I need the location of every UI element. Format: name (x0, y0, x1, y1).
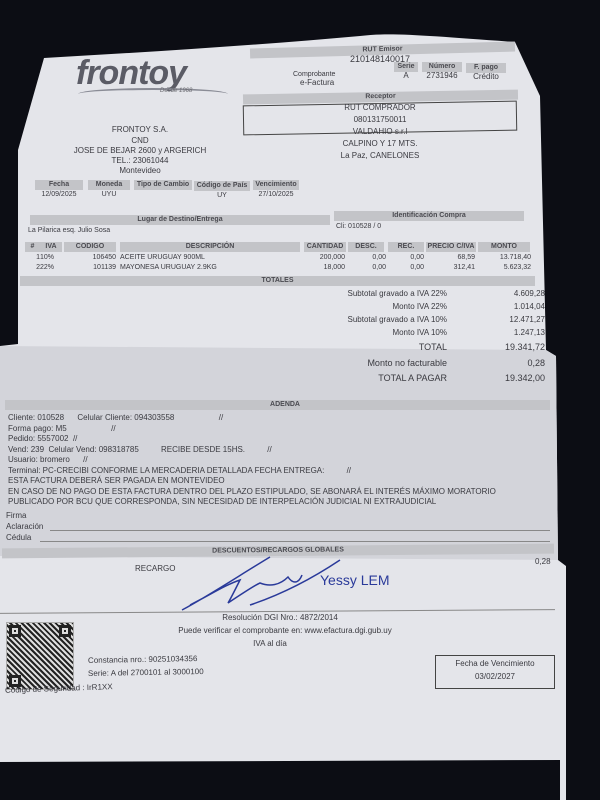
receptor-address: CALPINO Y 17 MTS. (300, 139, 460, 148)
adenda-line: Usuario: bromero // (8, 455, 88, 464)
total-label: Monto no facturable (300, 358, 447, 368)
logo-swoosh (78, 88, 228, 100)
item-cell-precio: 68,59 (425, 254, 475, 261)
adenda-line: Terminal: PC-CRECIBI CONFORME LA MERCADE… (8, 466, 351, 475)
iva-al-dia-text: IVA al día (230, 639, 310, 648)
totales-label: TOTALES (20, 276, 535, 286)
column-header: REC. (388, 242, 424, 252)
verificar-text: Puede verificar el comprobante en: www.e… (150, 626, 420, 635)
column-header: PRECIO C/IVA (426, 242, 476, 252)
receptor-name: VALDAHIO s.r.l (300, 127, 460, 136)
column-header: DESCRIPCIÓN (120, 242, 300, 252)
qr-finder (9, 625, 21, 637)
adenda-line: PUBLICADO POR BCU QUE CORRESPONDA, SIN N… (8, 497, 436, 506)
issuer-subtitle: CND (60, 136, 220, 145)
fecha-vencimiento-value: 03/02/2027 (436, 672, 554, 681)
item-cell-n: 1 (28, 254, 40, 261)
codigo-pais-label: Código de País (194, 181, 250, 191)
fecha-label: Fecha (35, 180, 83, 190)
invoice-photo: frontoy Desde 1968 FRONTOY S.A. CND JOSE… (0, 0, 600, 800)
total-value: 12.471,27 (470, 315, 545, 324)
firma-label: Firma (6, 511, 26, 520)
item-cell-n: 2 (28, 264, 40, 271)
constancia-text: Constancia nro.: 90251034356 (88, 654, 198, 665)
issuer-address: JOSE DE BEJAR 2600 y ARGERICH (50, 146, 230, 155)
item-cell-rec: 0,00 (388, 254, 424, 261)
column-header: DESC. (348, 242, 384, 252)
forma-pago-value: Crédito (466, 72, 506, 81)
column-header: IVA (40, 242, 62, 252)
total-label: Subtotal gravado a IVA 22% (300, 289, 447, 298)
total-label: Monto IVA 22% (300, 302, 447, 311)
item-cell-descripcion: ACEITE URUGUAY 900ML (120, 254, 300, 261)
adenda-line: ESTA FACTURA DEBERÁ SER PAGADA EN MONTEV… (8, 476, 225, 485)
receptor-city: La Paz, CANELONES (300, 151, 460, 160)
signature: Yessy LEM (180, 555, 420, 615)
item-cell-iva: 10% (40, 254, 62, 261)
adenda-line: Vend: 239 Celular Vend: 098318785 RECIBE… (8, 445, 272, 454)
destino-label: Lugar de Destino/Entrega (30, 215, 330, 225)
total-value: 19.341,72 (470, 342, 545, 352)
vencimiento-label: Vencimiento (253, 180, 299, 190)
total-value: 19.342,00 (470, 373, 545, 383)
total-value: 1.014,04 (470, 302, 545, 311)
item-cell-monto: 5.623,32 (478, 264, 531, 271)
item-cell-precio: 312,41 (425, 264, 475, 271)
adenda-line: Cliente: 010528 Celular Cliente: 0943035… (8, 413, 223, 422)
item-cell-cantidad: 18,000 (300, 264, 345, 271)
column-header: # (25, 242, 40, 252)
total-label: Subtotal gravado a IVA 10% (300, 315, 447, 324)
item-cell-descripcion: MAYONESA URUGUAY 2.9KG (120, 264, 300, 271)
column-header: MONTO (478, 242, 530, 252)
column-header: CODIGO (64, 242, 116, 252)
moneda-label: Moneda (88, 180, 130, 190)
tipo-cambio-label: Tipo de Cambio (134, 180, 192, 190)
item-cell-monto: 13.718,40 (478, 254, 531, 261)
total-value: 4.609,28 (470, 289, 545, 298)
moneda-value: UYU (88, 191, 130, 198)
item-cell-iva: 22% (40, 264, 62, 271)
adenda-line: Forma pago: M5 // (8, 424, 116, 433)
serie-value: A (394, 71, 418, 80)
adenda-line: Pedido: 5557002 // (8, 434, 77, 443)
item-cell-desc: 0,00 (346, 264, 386, 271)
adenda-title: ADENDA (270, 401, 300, 408)
fecha-vencimiento-label: Fecha de Vencimiento (436, 659, 554, 668)
destino-value: La Pilarica esq. Julio Sosa (28, 227, 110, 234)
fecha-vencimiento-box: Fecha de Vencimiento 03/02/2027 (435, 655, 555, 689)
adenda-label: ADENDA (5, 400, 550, 410)
rut-comprador-label: RUT COMPRADOR (300, 103, 460, 112)
resolucion-text: Resolución DGI Nro.: 4872/2014 (180, 613, 380, 622)
item-cell-desc: 0,00 (346, 254, 386, 261)
fecha-value: 12/09/2025 (30, 191, 88, 198)
adenda-line: EN CASO DE NO PAGO DE ESTA FACTURA DENTR… (8, 487, 496, 496)
signature-text: Yessy LEM (320, 572, 390, 588)
qr-code-icon (6, 622, 74, 690)
numero-value: 2731946 (420, 71, 464, 80)
logo-tagline: Desde 1968 (160, 88, 192, 94)
total-label: TOTAL A PAGAR (300, 373, 447, 383)
aclaracion-line (50, 530, 550, 531)
recargo-label: RECARGO (135, 564, 175, 573)
recargo-value: 0,28 (535, 557, 551, 566)
compra-value: Cli: 010528 / 0 (336, 223, 381, 230)
vencimiento-value: 27/10/2025 (253, 191, 299, 198)
issuer-city: Montevideo (60, 166, 220, 175)
total-label: Monto IVA 10% (300, 328, 447, 337)
column-header: CANTIDAD (304, 242, 346, 252)
cedula-line (40, 541, 550, 542)
item-cell-codigo: 101139 (62, 264, 116, 271)
total-label: TOTAL (300, 342, 447, 352)
item-cell-rec: 0,00 (388, 264, 424, 271)
codigo-pais-value: UY (194, 192, 250, 199)
total-value: 0,28 (470, 358, 545, 368)
rut-comprador-value: 080131750011 (300, 115, 460, 124)
issuer-name: FRONTOY S.A. (60, 125, 220, 134)
qr-finder (59, 625, 71, 637)
issuer-phone: TEL.: 23061044 (60, 156, 220, 165)
cedula-label: Cédula (6, 533, 31, 542)
item-cell-cantidad: 200,000 (300, 254, 345, 261)
aclaracion-label: Aclaración (6, 522, 43, 531)
comprobante-value: e-Factura (300, 78, 334, 87)
comprobante-label: Comprobante (293, 71, 335, 78)
item-cell-codigo: 106450 (62, 254, 116, 261)
total-value: 1.247,13 (470, 328, 545, 337)
compra-label: Identificación Compra (334, 211, 524, 221)
